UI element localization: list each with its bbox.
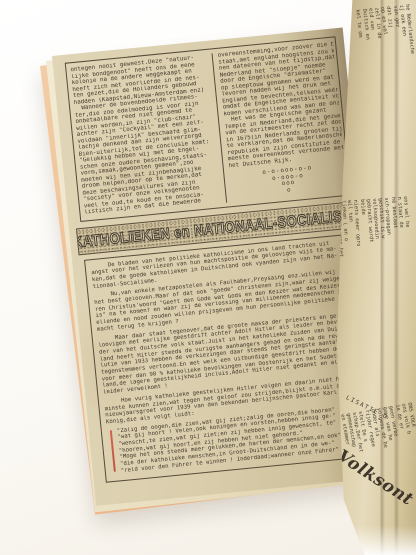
newspaper-page: ontegen nooit geweest.Deze "natuur-lijke… — [52, 28, 387, 506]
top-boxed-section: ontegen nooit geweest.Deze "natuur-lijke… — [65, 36, 351, 221]
red-margin-mark — [110, 430, 116, 472]
top-right-column: overeenstemming,voor zoover die be-staat… — [212, 42, 348, 203]
photo-background: ontegen nooit geweest.Deze "natuur-lijke… — [0, 0, 416, 555]
typewriter-ornament: o-o-ooo-o-oo-ooo-ooooo — [229, 162, 347, 199]
top-left-column: ontegen nooit geweest.Deze "natuur-lijke… — [70, 54, 221, 216]
article-boxed-section: De bladen van het politieke katholicisme… — [84, 233, 377, 483]
curled-page-text-bottom: ONS VOLKons volk hie de ergeen verbegave… — [339, 402, 416, 455]
curled-page-text-middle: ons wel hen staat dehé bestaatsch-propag… — [334, 196, 412, 257]
top-right-column-text: overeenstemming,voor zoover die be-staat… — [217, 42, 344, 170]
curled-page-masthead: Volksont — [334, 446, 416, 510]
curled-page-text-top: he Nederlandscheij ook eenvan gezdat zij… — [354, 4, 415, 60]
